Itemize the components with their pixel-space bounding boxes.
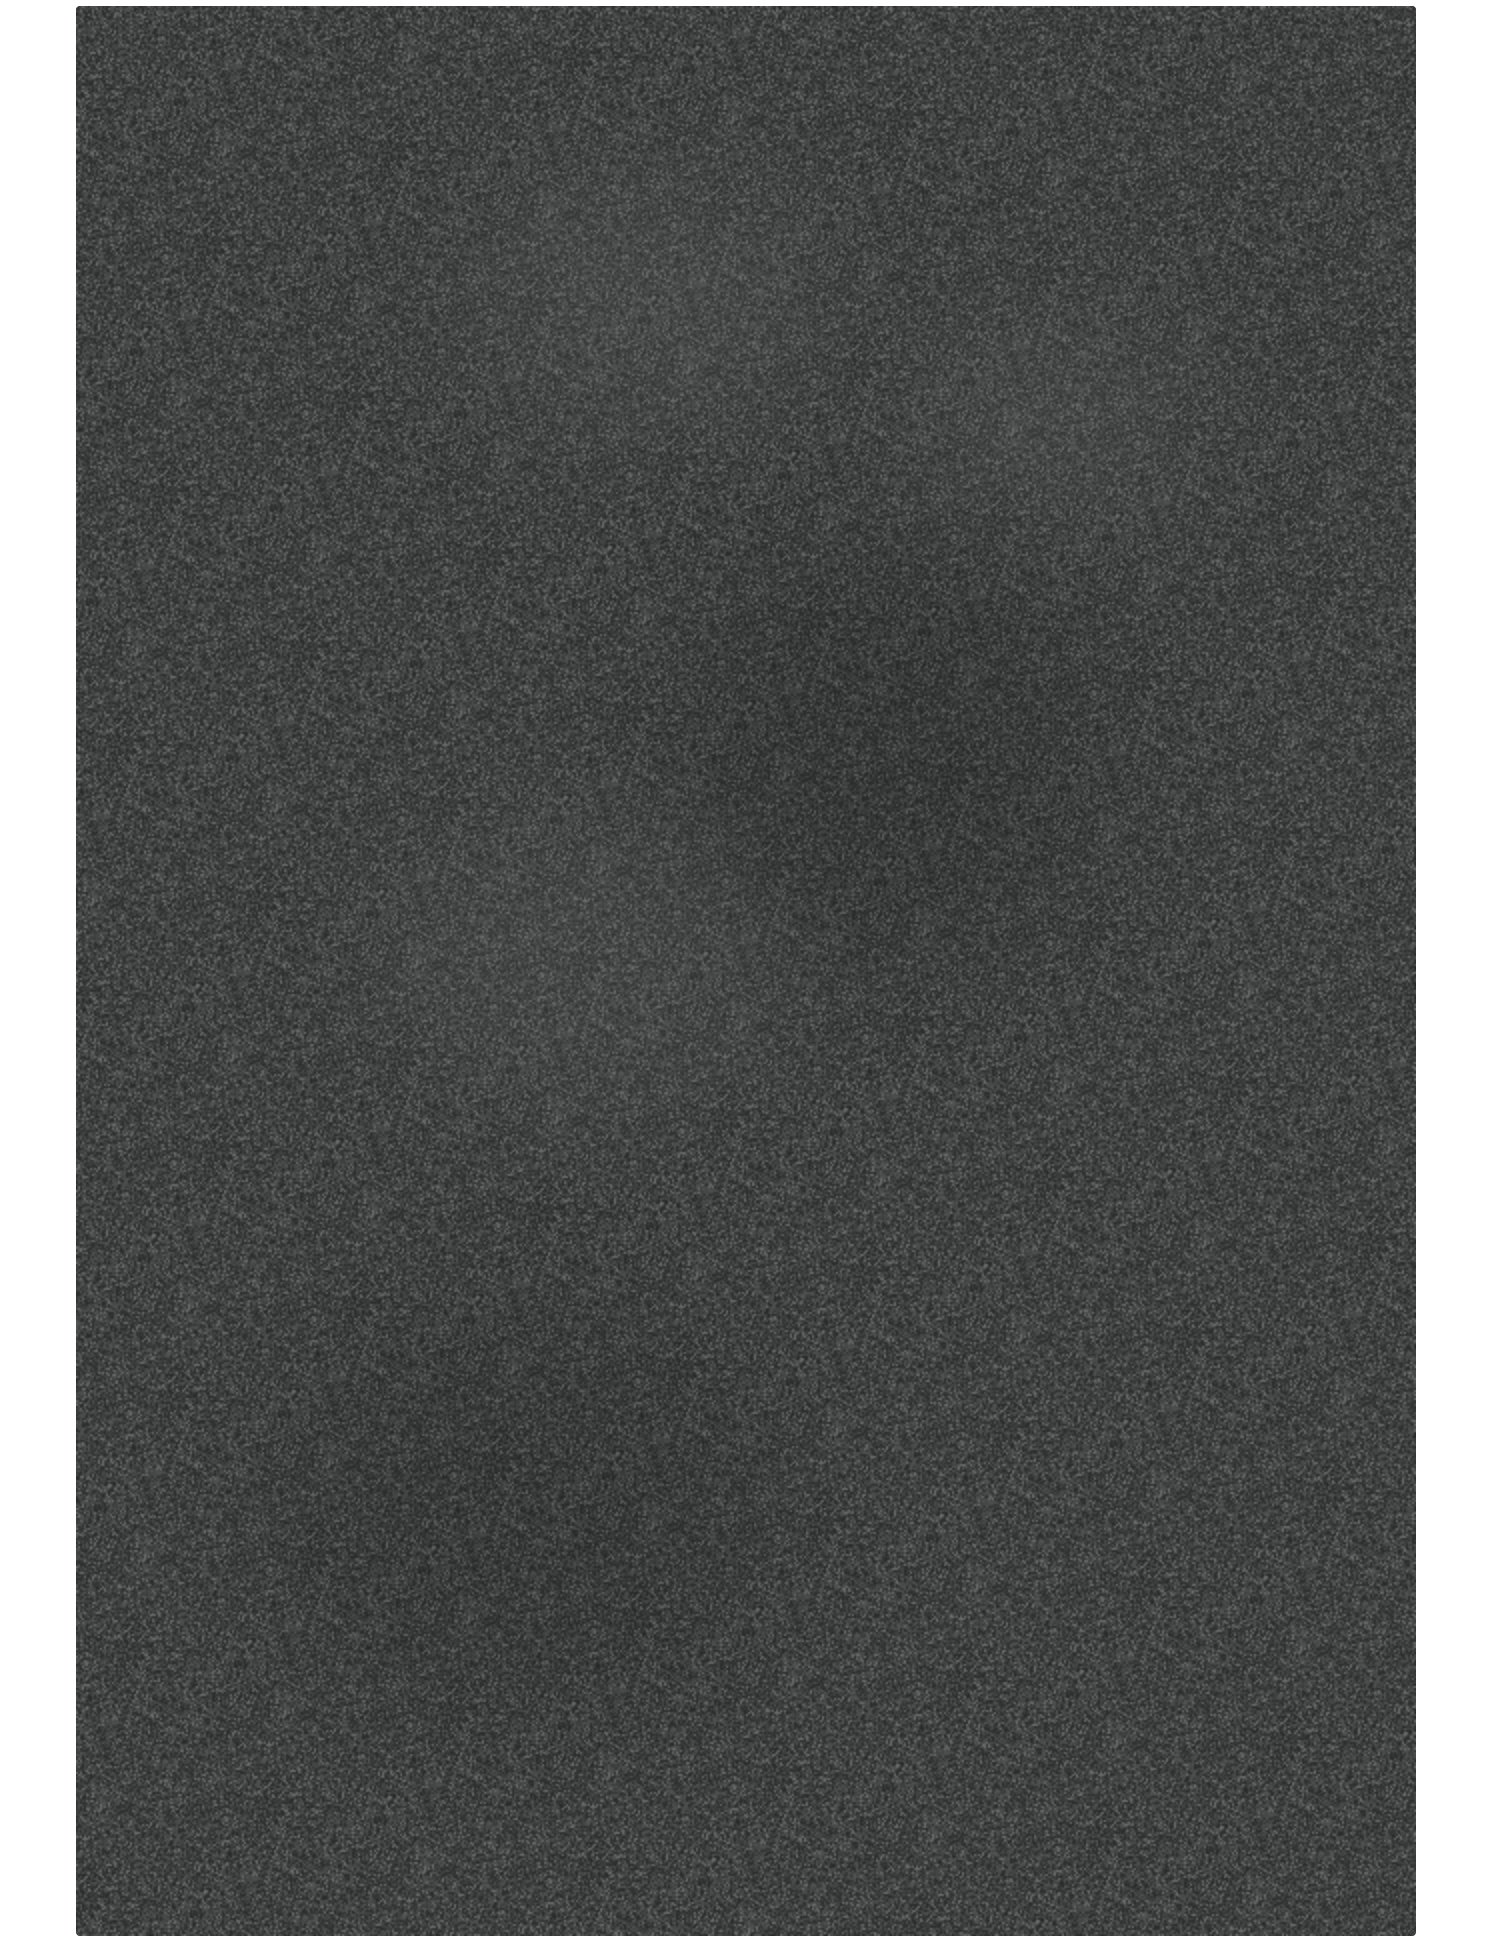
shag-rug (76, 6, 1416, 1936)
rug-texture (76, 6, 1416, 1936)
